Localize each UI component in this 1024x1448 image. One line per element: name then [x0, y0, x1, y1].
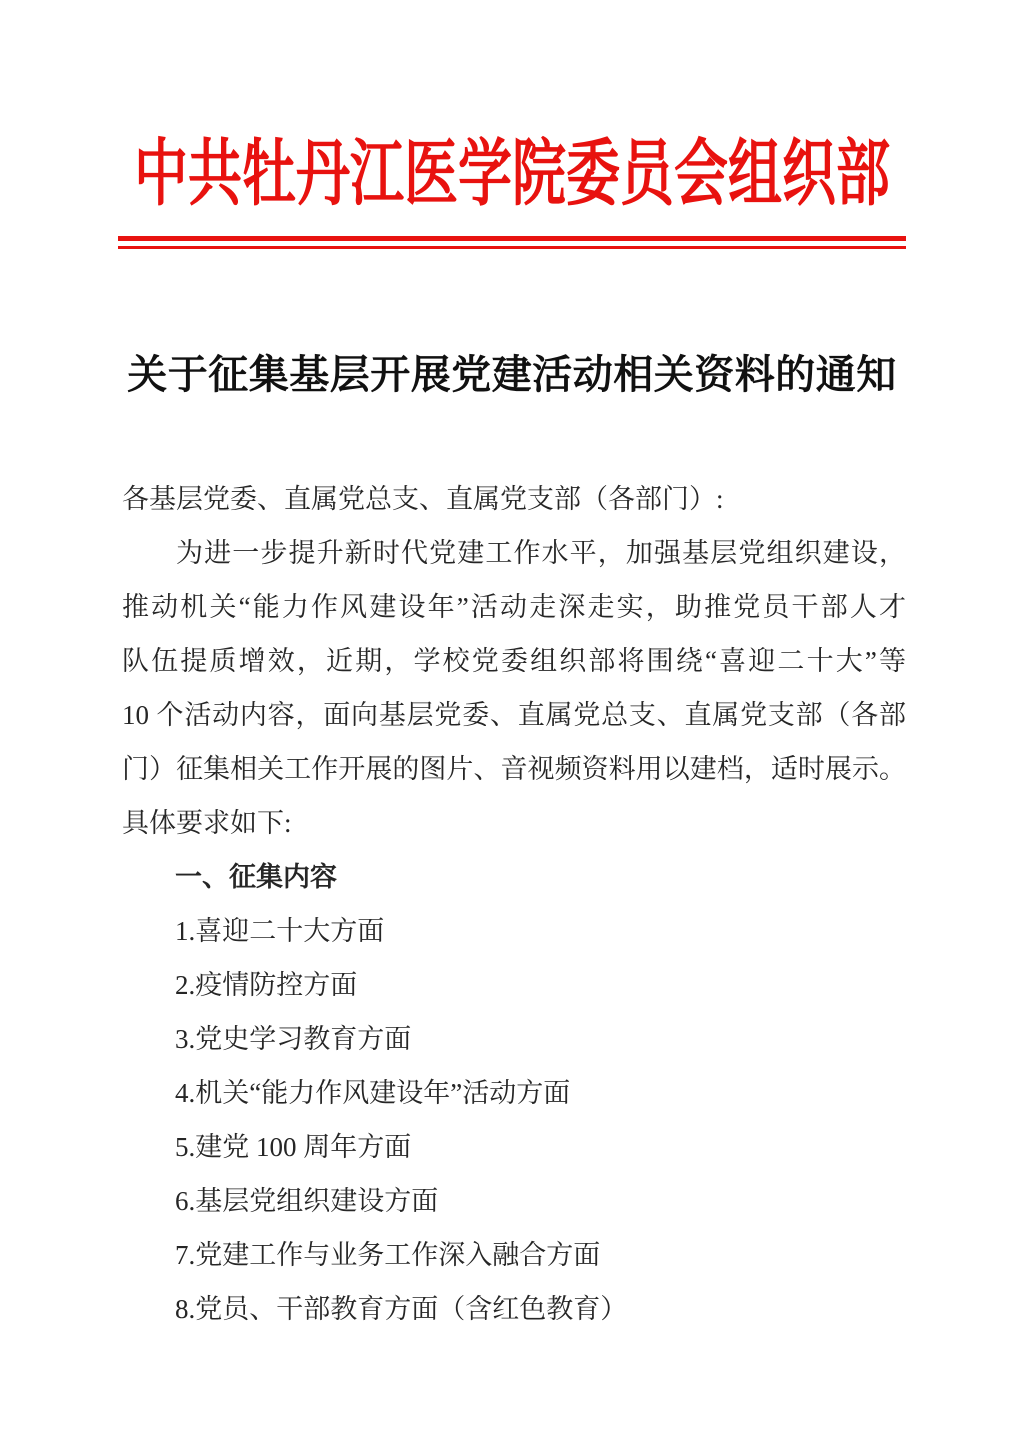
paragraph-line: 推动机关“能力作风建设年”活动走深走实，助推党员干部人才 [122, 580, 906, 634]
list-item: 1.喜迎二十大方面 [122, 904, 906, 958]
paragraph-line: 队伍提质增效，近期，学校党委组织部将围绕“喜迎二十大”等 [122, 634, 906, 688]
list-item: 7.党建工作与业务工作深入融合方面 [122, 1228, 906, 1282]
document-page: 中共牡丹江医学院委员会组织部 关于征集基层开展党建活动相关资料的通知 各基层党委… [0, 0, 1024, 1448]
paragraph-line: 具体要求如下: [122, 796, 906, 850]
list-item: 3.党史学习教育方面 [122, 1012, 906, 1066]
document-title: 关于征集基层开展党建活动相关资料的通知 [56, 352, 968, 398]
document-body: 各基层党委、直属党总支、直属党支部（各部门）: 为进一步提升新时代党建工作水平，… [122, 472, 906, 1336]
salutation: 各基层党委、直属党总支、直属党支部（各部门）: [122, 472, 906, 526]
list-item: 6.基层党组织建设方面 [122, 1174, 906, 1228]
list-item: 4.机关“能力作风建设年”活动方面 [122, 1066, 906, 1120]
paragraph-line: 10 个活动内容，面向基层党委、直属党总支、直属党支部（各部 [122, 688, 906, 742]
section-heading: 一、征集内容 [122, 850, 906, 904]
paragraph-line: 为进一步提升新时代党建工作水平，加强基层党组织建设， [122, 526, 906, 580]
list-item: 2.疫情防控方面 [122, 958, 906, 1012]
org-header-title: 中共牡丹江医学院委员会组织部 [60, 138, 964, 211]
paragraph-line: 门）征集相关工作开展的图片、音视频资料用以建档，适时展示。 [122, 742, 906, 796]
list-item: 8.党员、干部教育方面（含红色教育） [122, 1282, 906, 1336]
list-item: 5.建党 100 周年方面 [122, 1120, 906, 1174]
red-double-rule-divider [118, 236, 906, 249]
